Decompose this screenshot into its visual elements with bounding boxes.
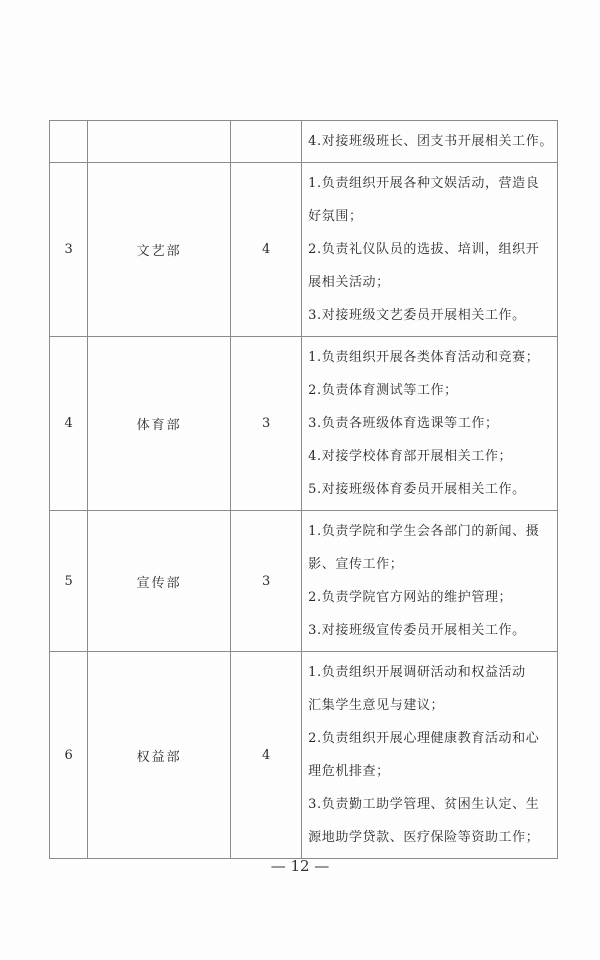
duties-cell: 1.负责学院和学生会各部门的新闻、摄影、宣传工作；2.负责学院官方网站的维护管理… xyxy=(302,511,558,652)
member-count-cell: 4 xyxy=(231,652,302,859)
duty-line: 1.负责组织开展调研活动和权益活动 xyxy=(308,656,553,689)
duty-line: 3.对接班级文艺委员开展相关工作。 xyxy=(308,299,553,332)
department-name-cell: 宣传部 xyxy=(88,511,231,652)
row-number-cell: 3 xyxy=(50,163,88,337)
department-table: 4.对接班级班长、团支书开展相关工作。3文艺部41.负责组织开展各种文娱活动，营… xyxy=(49,120,558,859)
duty-line: 1.负责组织开展各种文娱活动，营造良 xyxy=(308,167,553,200)
member-count-cell xyxy=(231,121,302,163)
department-name-cell xyxy=(88,121,231,163)
duty-line: 好氛围； xyxy=(308,200,553,233)
row-number-cell: 4 xyxy=(50,337,88,511)
row-number-cell: 6 xyxy=(50,652,88,859)
duty-line: 展相关活动； xyxy=(308,266,553,299)
department-name-cell: 文艺部 xyxy=(88,163,231,337)
member-count-cell: 3 xyxy=(231,337,302,511)
table-row: 5宣传部31.负责学院和学生会各部门的新闻、摄影、宣传工作；2.负责学院官方网站… xyxy=(50,511,558,652)
duty-line: 4.对接学校体育部开展相关工作； xyxy=(308,440,553,473)
duty-line: 3.对接班级宣传委员开展相关工作。 xyxy=(308,614,553,647)
duties-cell: 1.负责组织开展各种文娱活动，营造良好氛围；2.负责礼仪队员的选拔、培训，组织开… xyxy=(302,163,558,337)
department-name-cell: 体育部 xyxy=(88,337,231,511)
duty-line: 1.负责组织开展各类体育活动和竞赛； xyxy=(308,341,553,374)
member-count-cell: 4 xyxy=(231,163,302,337)
duty-line: 3.负责各班级体育选课等工作； xyxy=(308,407,553,440)
table-row: 6权益部41.负责组织开展调研活动和权益活动汇集学生意见与建议；2.负责组织开展… xyxy=(50,652,558,859)
duty-line: 2.负责组织开展心理健康教育活动和心 xyxy=(308,722,553,755)
duty-line: 5.对接班级体育委员开展相关工作。 xyxy=(308,473,553,506)
page-number: — 12 — xyxy=(0,857,600,875)
duty-line: 2.负责学院官方网站的维护管理； xyxy=(308,581,553,614)
duties-cell: 4.对接班级班长、团支书开展相关工作。 xyxy=(302,121,558,163)
duty-line: 4.对接班级班长、团支书开展相关工作。 xyxy=(308,125,553,158)
row-number-cell: 5 xyxy=(50,511,88,652)
table-row: 3文艺部41.负责组织开展各种文娱活动，营造良好氛围；2.负责礼仪队员的选拔、培… xyxy=(50,163,558,337)
duty-line: 影、宣传工作； xyxy=(308,548,553,581)
member-count-cell: 3 xyxy=(231,511,302,652)
table-row: 4.对接班级班长、团支书开展相关工作。 xyxy=(50,121,558,163)
duty-line: 汇集学生意见与建议； xyxy=(308,689,553,722)
duty-line: 1.负责学院和学生会各部门的新闻、摄 xyxy=(308,515,553,548)
duty-line: 源地助学贷款、医疗保险等资助工作； xyxy=(308,821,553,854)
duties-cell: 1.负责组织开展各类体育活动和竞赛；2.负责体育测试等工作；3.负责各班级体育选… xyxy=(302,337,558,511)
duty-line: 2.负责体育测试等工作； xyxy=(308,374,553,407)
row-number-cell xyxy=(50,121,88,163)
duty-line: 3.负责勤工助学管理、贫困生认定、生 xyxy=(308,788,553,821)
department-name-cell: 权益部 xyxy=(88,652,231,859)
duties-cell: 1.负责组织开展调研活动和权益活动汇集学生意见与建议；2.负责组织开展心理健康教… xyxy=(302,652,558,859)
duty-line: 2.负责礼仪队员的选拔、培训，组织开 xyxy=(308,233,553,266)
table-row: 4体育部31.负责组织开展各类体育活动和竞赛；2.负责体育测试等工作；3.负责各… xyxy=(50,337,558,511)
duty-line: 理危机排查； xyxy=(308,755,553,788)
